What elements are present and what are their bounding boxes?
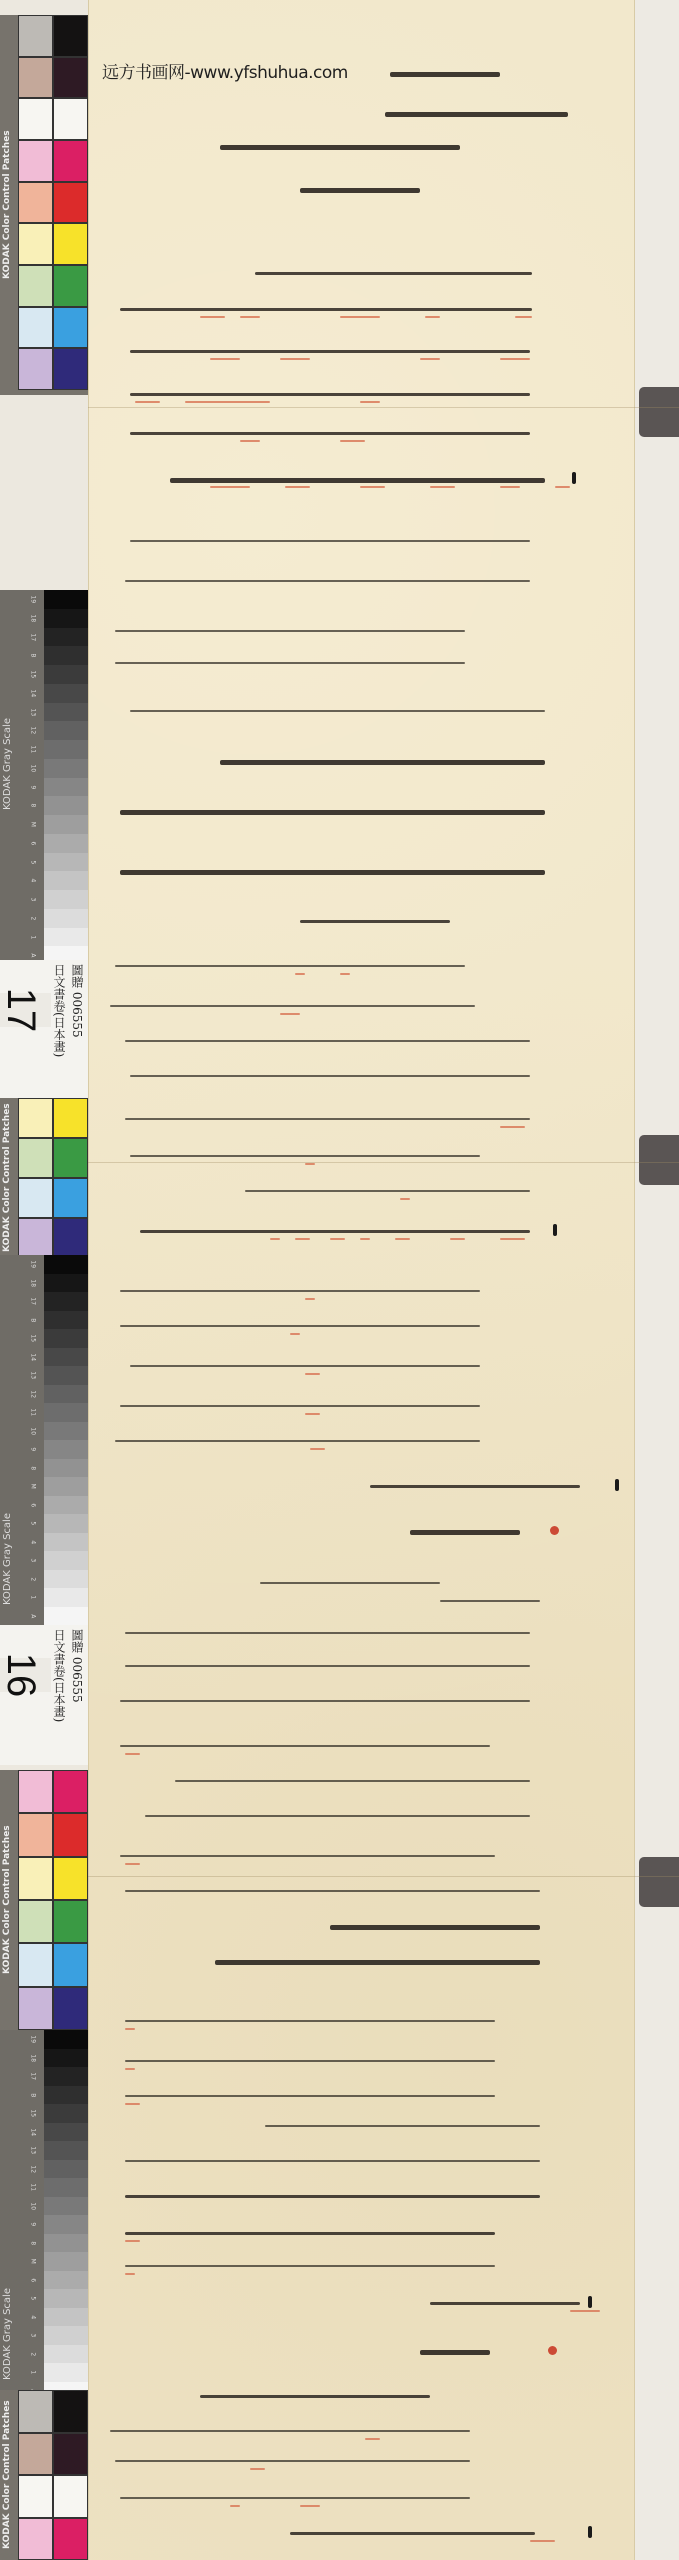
calligraphy-line (120, 1325, 480, 1327)
calligraphy-line (265, 2125, 540, 2127)
red-annotation-underline (555, 486, 570, 488)
patch-light (18, 1943, 53, 1986)
calligraphy-line (430, 2302, 580, 2305)
gray-step (44, 1311, 88, 1330)
gray-step-label: 11 (24, 1405, 43, 1419)
watermark: 远方书画网-www.yfshuhua.com (102, 58, 348, 83)
gray-step-label: 18 (24, 611, 43, 625)
calligraphy-line (115, 2460, 470, 2462)
gray-step (44, 2123, 88, 2142)
color-patch-red (18, 182, 88, 224)
fold-line (88, 407, 679, 408)
gray-step-label: 3 (24, 892, 43, 906)
gray-step-label: 13 (24, 1368, 43, 1382)
calligraphy-line (125, 1040, 530, 1042)
gray-step-labels: 191817B15141312111098M654321A (26, 1255, 40, 1625)
red-annotation-underline (125, 1753, 140, 1755)
calligraphy-line (255, 272, 532, 275)
gray-step-label: 15 (24, 2106, 43, 2120)
gray-step (44, 2308, 88, 2327)
right-margin (635, 0, 679, 2560)
gray-step (44, 1514, 88, 1533)
red-annotation-underline (240, 440, 260, 442)
gray-step (44, 2067, 88, 2086)
kodak-color-title: KODAK Color Control Patches (2, 15, 16, 395)
red-annotation-underline (360, 401, 380, 403)
gray-step-label: 6 (24, 2273, 43, 2287)
gray-step (44, 609, 88, 628)
red-annotation-underline (125, 2068, 135, 2070)
gray-step (44, 628, 88, 647)
color-patch-green (18, 1138, 88, 1178)
gray-step-label: 10 (24, 1424, 43, 1438)
color-patch-magenta (18, 140, 88, 182)
gray-step-label: 5 (24, 2291, 43, 2305)
calligraphy-line (120, 308, 532, 311)
red-annotation-underline (250, 2468, 265, 2470)
red-annotation-underline (450, 1238, 465, 1240)
gray-step-label: 2 (24, 1572, 43, 1586)
red-annotation-underline (500, 358, 530, 360)
gray-step (44, 646, 88, 665)
gray-step (44, 1274, 88, 1293)
gray-step-label: 6 (24, 836, 43, 850)
gray-step-label: M (24, 1479, 43, 1493)
calligraphy-line (110, 1005, 475, 1007)
calligraphy-line (300, 920, 450, 923)
patch-dark (53, 265, 88, 307)
red-annotation-underline (360, 1238, 370, 1240)
gray-step (44, 2086, 88, 2105)
gray-steps (44, 1255, 88, 1625)
calligraphy-line (130, 710, 545, 712)
section-marker (553, 1224, 557, 1236)
patch-dark (53, 1857, 88, 1900)
gray-step-label: 8 (24, 799, 43, 813)
calligraphy-line (130, 1155, 480, 1157)
patch-dark (53, 2475, 88, 2518)
gray-step (44, 684, 88, 703)
gray-step (44, 1422, 88, 1441)
calligraphy-line (130, 393, 530, 396)
calligraphy-line (385, 112, 568, 117)
gray-step-label: 18 (24, 1276, 43, 1290)
patch-light (18, 2390, 53, 2433)
patch-light (18, 15, 53, 57)
color-patch-magenta (18, 2518, 88, 2560)
red-annotation-underline (515, 316, 532, 318)
gray-step-label: B (24, 2088, 43, 2102)
patch-light (18, 307, 53, 349)
document-paper (88, 0, 635, 2560)
calligraphy-line (125, 2265, 495, 2267)
gray-step-label: M (24, 2254, 43, 2268)
gray-step-label: 2 (24, 2347, 43, 2361)
gray-step-label: 18 (24, 2051, 43, 2065)
color-patch-3-color (18, 57, 88, 99)
catalog-title: 日文書卷(日本畫) (52, 1629, 66, 1722)
section-marker (572, 472, 576, 484)
gray-step (44, 1403, 88, 1422)
red-annotation-underline (125, 2273, 135, 2275)
gray-step-label: 12 (24, 2162, 43, 2176)
red-annotation-underline (430, 486, 455, 488)
gray-step-label: M (24, 817, 43, 831)
gray-step-label: 19 (24, 1257, 43, 1271)
red-annotation-underline (305, 1298, 315, 1300)
gray-step (44, 2326, 88, 2345)
fold-line (88, 1162, 679, 1163)
calligraphy-line (115, 630, 465, 632)
gray-step-label: 12 (24, 1387, 43, 1401)
patch-dark (53, 1218, 88, 1258)
gray-step-label: 4 (24, 2310, 43, 2324)
calligraphy-line (125, 2160, 540, 2162)
gray-step (44, 2252, 88, 2271)
gray-step-label: 9 (24, 1442, 43, 1456)
gray-step (44, 1292, 88, 1311)
patch-dark (53, 1098, 88, 1138)
calligraphy-line (115, 1440, 480, 1442)
red-annotation-underline (280, 358, 310, 360)
calligraphy-line (125, 2095, 495, 2097)
red-annotation-underline (125, 2028, 135, 2030)
red-annotation-underline (500, 1238, 525, 1240)
gray-step (44, 2215, 88, 2234)
red-seal-dot (550, 1526, 559, 1535)
scroll-tab-marker (639, 387, 679, 437)
red-annotation-underline (330, 1238, 345, 1240)
calligraphy-line (120, 1700, 530, 1702)
calligraphy-line (115, 965, 465, 967)
color-patch-yellow (18, 223, 88, 265)
gray-step (44, 1366, 88, 1385)
calligraphy-line (120, 1855, 495, 1857)
calligraphy-line (115, 662, 465, 664)
patch-dark (53, 223, 88, 265)
color-patch-blue (18, 1218, 88, 1258)
calligraphy-line (125, 1890, 540, 1892)
calligraphy-line (120, 870, 545, 875)
gray-step (44, 853, 88, 872)
gray-step-label: 17 (24, 630, 43, 644)
calligraphy-line (260, 1582, 440, 1584)
red-annotation-underline (300, 2505, 320, 2507)
gray-step (44, 2345, 88, 2364)
red-annotation-underline (365, 2438, 380, 2440)
color-patch-cyan (18, 307, 88, 349)
gray-step (44, 2160, 88, 2179)
gray-step-label: 17 (24, 2069, 43, 2083)
gray-step (44, 721, 88, 740)
gray-step-label: 9 (24, 780, 43, 794)
calligraphy-line (220, 145, 460, 150)
calligraphy-line (440, 1600, 540, 1602)
gray-step-labels: 191817B15141312111098M654321A (26, 2030, 40, 2400)
red-annotation-underline (240, 316, 260, 318)
calligraphy-line (125, 1118, 530, 1120)
patch-light (18, 2433, 53, 2476)
gray-step (44, 2049, 88, 2068)
patch-dark (53, 182, 88, 224)
calligraphy-line (290, 2532, 535, 2535)
gray-step-label: 4 (24, 874, 43, 888)
catalog-id: 圖贈 006555 (70, 1629, 84, 1703)
gray-step-label: 11 (24, 2180, 43, 2194)
gray-step-label: 15 (24, 667, 43, 681)
gray-step (44, 928, 88, 947)
gray-step (44, 1459, 88, 1478)
calligraphy-line (200, 2395, 430, 2398)
section-marker (588, 2526, 592, 2538)
patch-dark (53, 1987, 88, 2030)
calligraphy-line (120, 2497, 470, 2499)
gray-step-label: 19 (24, 2032, 43, 2046)
patch-light (18, 2518, 53, 2560)
gray-steps (44, 2030, 88, 2400)
red-annotation-underline (340, 316, 380, 318)
calligraphy-line (245, 1190, 530, 1192)
color-patch-black (18, 2390, 88, 2433)
gray-step-label: 1 (24, 2365, 43, 2379)
red-annotation-underline (570, 2310, 600, 2312)
gray-step (44, 834, 88, 853)
patch-light (18, 348, 53, 390)
calligraphy-line (130, 432, 530, 435)
gray-step-labels: 191817B15141312111098M654321A (26, 590, 40, 965)
gray-step (44, 2234, 88, 2253)
gray-step (44, 1533, 88, 1552)
patch-light (18, 265, 53, 307)
color-patch-blue (18, 348, 88, 390)
calligraphy-line (220, 760, 545, 765)
gray-step (44, 1348, 88, 1367)
catalog-label-card: 16 圖贈 006555 日文書卷(日本畫) (0, 1625, 88, 1765)
red-annotation-underline (285, 486, 310, 488)
gray-step-label: 2 (24, 911, 43, 925)
gray-step-label: 8 (24, 2236, 43, 2250)
gray-step-label: 19 (24, 592, 43, 606)
patch-dark (53, 2390, 88, 2433)
gray-step-label: 10 (24, 2199, 43, 2213)
calligraphy-line (390, 72, 500, 77)
gray-step (44, 2030, 88, 2049)
gray-step-label: 15 (24, 1331, 43, 1345)
patch-dark (53, 140, 88, 182)
color-patch-cyan (18, 1178, 88, 1218)
calligraphy-line (125, 580, 530, 582)
gray-step-label: 13 (24, 705, 43, 719)
red-annotation-underline (400, 1198, 410, 1200)
patch-light (18, 182, 53, 224)
gray-step (44, 759, 88, 778)
red-annotation-underline (420, 358, 440, 360)
patch-light (18, 1900, 53, 1943)
gray-step-label: 13 (24, 2143, 43, 2157)
patch-light (18, 140, 53, 182)
gray-steps (44, 590, 88, 965)
patch-light (18, 1813, 53, 1856)
gray-step (44, 1440, 88, 1459)
gray-step (44, 890, 88, 909)
red-annotation-underline (200, 316, 225, 318)
gray-step-label: 5 (24, 855, 43, 869)
patch-light (18, 1857, 53, 1900)
gray-step-label: 8 (24, 1461, 43, 1475)
gray-step-label: B (24, 649, 43, 663)
calligraphy-line (145, 1815, 530, 1817)
patch-light (18, 223, 53, 265)
patch-light (18, 1098, 53, 1138)
calligraphy-line (130, 350, 530, 353)
gray-step (44, 909, 88, 928)
gray-step-label: 1 (24, 1590, 43, 1604)
gray-step (44, 2271, 88, 2290)
calligraphy-line (125, 1632, 530, 1634)
patch-light (18, 2475, 53, 2518)
calligraphy-line (170, 478, 545, 483)
gray-step (44, 665, 88, 684)
red-annotation-underline (210, 486, 250, 488)
kodak-gray-title: KODAK Gray Scale (2, 610, 16, 810)
calligraphy-line (215, 1960, 540, 1965)
gray-step (44, 1588, 88, 1607)
color-patch-white (18, 2475, 88, 2518)
gray-step (44, 590, 88, 609)
red-annotation-underline (125, 2240, 140, 2242)
red-annotation-underline (530, 2540, 555, 2542)
calligraphy-line (370, 1485, 580, 1488)
red-annotation-underline (125, 1863, 140, 1865)
fold-line (88, 1876, 679, 1877)
patch-dark (53, 1138, 88, 1178)
gray-step (44, 778, 88, 797)
patch-dark (53, 57, 88, 99)
gray-step (44, 1385, 88, 1404)
calligraphy-line (410, 1530, 520, 1535)
calligraphy-line (125, 2020, 495, 2022)
gray-step-label: 10 (24, 761, 43, 775)
patch-dark (53, 2433, 88, 2476)
red-annotation-underline (230, 2505, 240, 2507)
catalog-title: 日文書卷(日本畫) (52, 964, 66, 1057)
red-annotation-underline (340, 973, 350, 975)
calligraphy-line (130, 540, 530, 542)
gray-step (44, 2363, 88, 2382)
patch-dark (53, 1813, 88, 1856)
red-annotation-underline (425, 316, 440, 318)
calligraphy-line (125, 2195, 540, 2198)
red-annotation-underline (305, 1373, 320, 1375)
patch-light (18, 98, 53, 140)
calligraphy-line (125, 1665, 530, 1667)
gray-step (44, 740, 88, 759)
red-annotation-underline (210, 358, 240, 360)
calligraphy-line (140, 1230, 530, 1233)
gray-step-label: 12 (24, 724, 43, 738)
color-patch-yellow (18, 1857, 88, 1900)
red-annotation-underline (310, 1448, 325, 1450)
kodak-color-title: KODAK Color Control Patches (2, 1770, 16, 2030)
red-annotation-underline (135, 401, 160, 403)
gray-step-label: 5 (24, 1516, 43, 1530)
patch-dark (53, 1178, 88, 1218)
kodak-gray-title: KODAK Gray Scale (2, 1405, 16, 1605)
gray-step-label: 14 (24, 1350, 43, 1364)
scroll-tab-marker (639, 1135, 679, 1185)
gray-step (44, 871, 88, 890)
gray-step (44, 1570, 88, 1589)
kodak-color-title: KODAK Color Control Patches (2, 1098, 16, 1258)
scroll-tab-marker (639, 1857, 679, 1907)
gray-step (44, 1329, 88, 1348)
color-patch-blue (18, 1987, 88, 2030)
gray-step (44, 1607, 88, 1626)
calligraphy-line (120, 810, 545, 815)
kodak-color-title: KODAK Color Control Patches (2, 2390, 16, 2560)
gray-step-label: A (24, 1609, 43, 1623)
gray-step-label: 11 (24, 742, 43, 756)
gray-step (44, 815, 88, 834)
red-annotation-underline (280, 1013, 300, 1015)
patch-light (18, 1770, 53, 1813)
gray-step-label: 14 (24, 2125, 43, 2139)
gray-step (44, 2141, 88, 2160)
gray-step (44, 2104, 88, 2123)
catalog-id: 圖贈 006555 (70, 964, 84, 1038)
red-annotation-underline (295, 973, 305, 975)
calligraphy-line (420, 2350, 490, 2355)
patch-dark (53, 307, 88, 349)
gray-step (44, 2178, 88, 2197)
calligraphy-line (330, 1925, 540, 1930)
calligraphy-line (130, 1075, 530, 1077)
patch-dark (53, 1943, 88, 1986)
patch-light (18, 1138, 53, 1178)
calligraphy-line (300, 188, 420, 193)
gray-step (44, 703, 88, 722)
gray-step (44, 2289, 88, 2308)
section-marker (588, 2296, 592, 2308)
gray-step-label: 4 (24, 1535, 43, 1549)
red-annotation-underline (305, 1163, 315, 1165)
kodak-gray-title: KODAK Gray Scale (2, 2180, 16, 2380)
patch-dark (53, 1770, 88, 1813)
gray-step-label: 6 (24, 1498, 43, 1512)
gray-step-label: 14 (24, 686, 43, 700)
patch-dark (53, 98, 88, 140)
color-patch-magenta (18, 1770, 88, 1813)
gray-step (44, 1477, 88, 1496)
color-patch-red (18, 1813, 88, 1856)
gray-step (44, 2197, 88, 2216)
gray-step (44, 1551, 88, 1570)
catalog-text: 圖贈 006555 日文書卷(日本畫) (40, 1629, 86, 1765)
gray-step (44, 1255, 88, 1274)
calligraphy-line (120, 1405, 480, 1407)
gray-step-label: B (24, 1313, 43, 1327)
calligraphy-line (125, 2060, 495, 2062)
color-patch-green (18, 265, 88, 307)
red-annotation-underline (500, 486, 520, 488)
color-patch-yellow (18, 1098, 88, 1138)
calligraphy-line (120, 1745, 490, 1747)
calligraphy-line (125, 2232, 495, 2235)
red-annotation-underline (395, 1238, 410, 1240)
gray-step-label: 9 (24, 2217, 43, 2231)
gray-step-label: 17 (24, 1294, 43, 1308)
gray-step (44, 796, 88, 815)
